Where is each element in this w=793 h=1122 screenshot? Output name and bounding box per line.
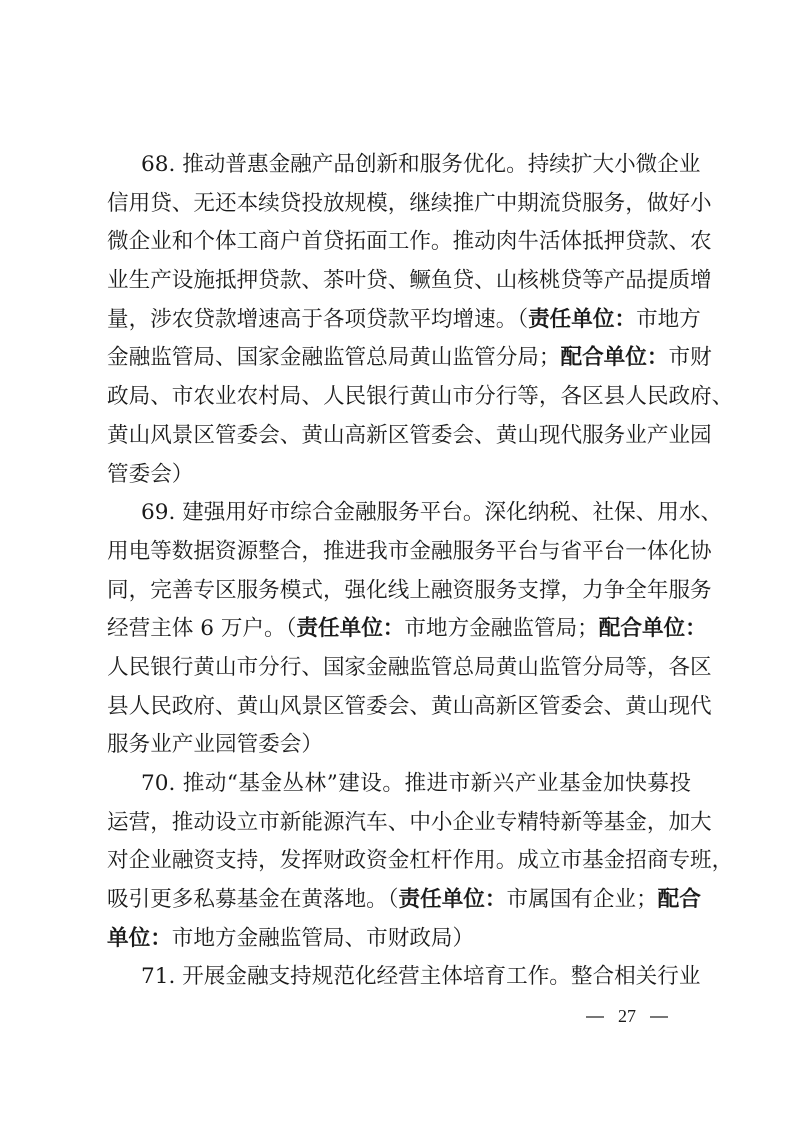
text-line: 69. 建强用好市综合金融服务平台。深化纳税、社保、用水、 bbox=[107, 494, 691, 533]
text-line: 同，完善专区服务模式，强化线上融资服务支撑，力争全年服务 bbox=[107, 572, 691, 611]
text-line: 量，涉农贷款增速高于各项贷款平均增速。（责任单位：市地方 bbox=[107, 301, 691, 340]
text-line: 金融监管局、国家金融监管总局黄山监管分局；配合单位：市财 bbox=[107, 339, 691, 378]
bold-label: 责任单位： bbox=[296, 616, 404, 641]
page-number: 27 bbox=[618, 1006, 636, 1027]
text-line: 经营主体 6 万户。（责任单位：市地方金融监管局；配合单位： bbox=[107, 610, 691, 649]
text-line: 对企业融资支持，发挥财政资金杠杆作用。成立市基金招商专班， bbox=[107, 842, 691, 881]
text-line: 人民银行黄山市分行、国家金融监管总局黄山监管分局等，各区 bbox=[107, 649, 691, 688]
text-line: 68. 推动普惠金融产品创新和服务优化。持续扩大小微企业 bbox=[107, 146, 691, 185]
bold-label: 单位： bbox=[107, 926, 172, 951]
text-line: 县人民政府、黄山风景区管委会、黄山高新区管委会、黄山现代 bbox=[107, 688, 691, 727]
text-run: 经营主体 6 万户。（ bbox=[107, 616, 296, 641]
text-line: 黄山风景区管委会、黄山高新区管委会、黄山现代服务业产业园 bbox=[107, 417, 691, 456]
text-run: 管委会） bbox=[107, 462, 193, 487]
text-run: 市地方金融监管局； bbox=[404, 616, 598, 641]
paragraph-70: 70. 推动“基金丛林”建设。推进市新兴产业基金加快募投运营，推动设立市新能源汽… bbox=[107, 765, 691, 958]
text-run: 对企业融资支持，发挥财政资金杠杆作用。成立市基金招商专班， bbox=[107, 848, 733, 873]
text-run: 金融监管局、国家金融监管总局黄山监管分局； bbox=[107, 345, 560, 370]
bold-label: 责任单位： bbox=[399, 887, 507, 912]
text-run: 市地方金融监管局、市财政局） bbox=[172, 926, 474, 951]
text-run: 71. 开展金融支持规范化经营主体培育工作。整合相关行业 bbox=[141, 964, 700, 989]
text-run: 同，完善专区服务模式，强化线上融资服务支撑，力争全年服务 bbox=[107, 578, 712, 603]
text-run: 用电等数据资源整合，推进我市金融服务平台与省平台一体化协 bbox=[107, 539, 712, 564]
text-line: 信用贷、无还本续贷投放规模，继续推广中期流贷服务，做好小 bbox=[107, 185, 691, 224]
text-line: 服务业产业园管委会） bbox=[107, 726, 691, 765]
paragraph-71: 71. 开展金融支持规范化经营主体培育工作。整合相关行业 bbox=[107, 958, 691, 997]
dash-left bbox=[586, 1016, 604, 1018]
text-line: 单位：市地方金融监管局、市财政局） bbox=[107, 920, 691, 959]
bold-label: 责任单位： bbox=[528, 307, 636, 332]
text-run: 人民银行黄山市分行、国家金融监管总局黄山监管分局等，各区 bbox=[107, 655, 712, 680]
text-run: 69. 建强用好市综合金融服务平台。深化纳税、社保、用水、 bbox=[141, 500, 722, 525]
text-line: 吸引更多私募基金在黄落地。（责任单位：市属国有企业；配合 bbox=[107, 881, 691, 920]
text-line: 71. 开展金融支持规范化经营主体培育工作。整合相关行业 bbox=[107, 958, 691, 997]
bold-label: 配合 bbox=[658, 887, 701, 912]
paragraph-68: 68. 推动普惠金融产品创新和服务优化。持续扩大小微企业信用贷、无还本续贷投放规… bbox=[107, 146, 691, 494]
text-run: 黄山风景区管委会、黄山高新区管委会、黄山现代服务业产业园 bbox=[107, 423, 712, 448]
text-line: 70. 推动“基金丛林”建设。推进市新兴产业基金加快募投 bbox=[107, 765, 691, 804]
bold-label: 配合单位： bbox=[599, 616, 707, 641]
paragraph-69: 69. 建强用好市综合金融服务平台。深化纳税、社保、用水、用电等数据资源整合，推… bbox=[107, 494, 691, 765]
text-line: 政局、市农业农村局、人民银行黄山市分行等，各区县人民政府、 bbox=[107, 378, 691, 417]
text-run: 吸引更多私募基金在黄落地。（ bbox=[107, 887, 399, 912]
page-footer: 27 bbox=[586, 1006, 668, 1027]
text-run: 70. 推动“基金丛林”建设。推进市新兴产业基金加快募投 bbox=[141, 771, 691, 796]
text-run: 微企业和个体工商户首贷拓面工作。推动肉牛活体抵押贷款、农 bbox=[107, 229, 712, 254]
text-run: 市财 bbox=[668, 345, 711, 370]
dash-right bbox=[650, 1016, 668, 1018]
text-line: 微企业和个体工商户首贷拓面工作。推动肉牛活体抵押贷款、农 bbox=[107, 223, 691, 262]
text-run: 市属国有企业； bbox=[507, 887, 658, 912]
bold-label: 配合单位： bbox=[560, 345, 668, 370]
text-line: 用电等数据资源整合，推进我市金融服务平台与省平台一体化协 bbox=[107, 533, 691, 572]
document-body: 68. 推动普惠金融产品创新和服务优化。持续扩大小微企业信用贷、无还本续贷投放规… bbox=[107, 146, 691, 997]
text-run: 业生产设施抵押贷款、茶叶贷、鳜鱼贷、山核桃贷等产品提质增 bbox=[107, 268, 712, 293]
text-line: 运营，推动设立市新能源汽车、中小企业专精特新等基金，加大 bbox=[107, 804, 691, 843]
text-run: 市地方 bbox=[636, 307, 701, 332]
text-run: 68. 推动普惠金融产品创新和服务优化。持续扩大小微企业 bbox=[141, 152, 700, 177]
text-run: 服务业产业园管委会） bbox=[107, 732, 323, 757]
text-run: 政局、市农业农村局、人民银行黄山市分行等，各区县人民政府、 bbox=[107, 384, 733, 409]
text-run: 运营，推动设立市新能源汽车、中小企业专精特新等基金，加大 bbox=[107, 810, 712, 835]
text-run: 县人民政府、黄山风景区管委会、黄山高新区管委会、黄山现代 bbox=[107, 694, 712, 719]
text-line: 管委会） bbox=[107, 456, 691, 495]
text-run: 信用贷、无还本续贷投放规模，继续推广中期流贷服务，做好小 bbox=[107, 191, 712, 216]
text-line: 业生产设施抵押贷款、茶叶贷、鳜鱼贷、山核桃贷等产品提质增 bbox=[107, 262, 691, 301]
text-run: 量，涉农贷款增速高于各项贷款平均增速。（ bbox=[107, 307, 528, 332]
